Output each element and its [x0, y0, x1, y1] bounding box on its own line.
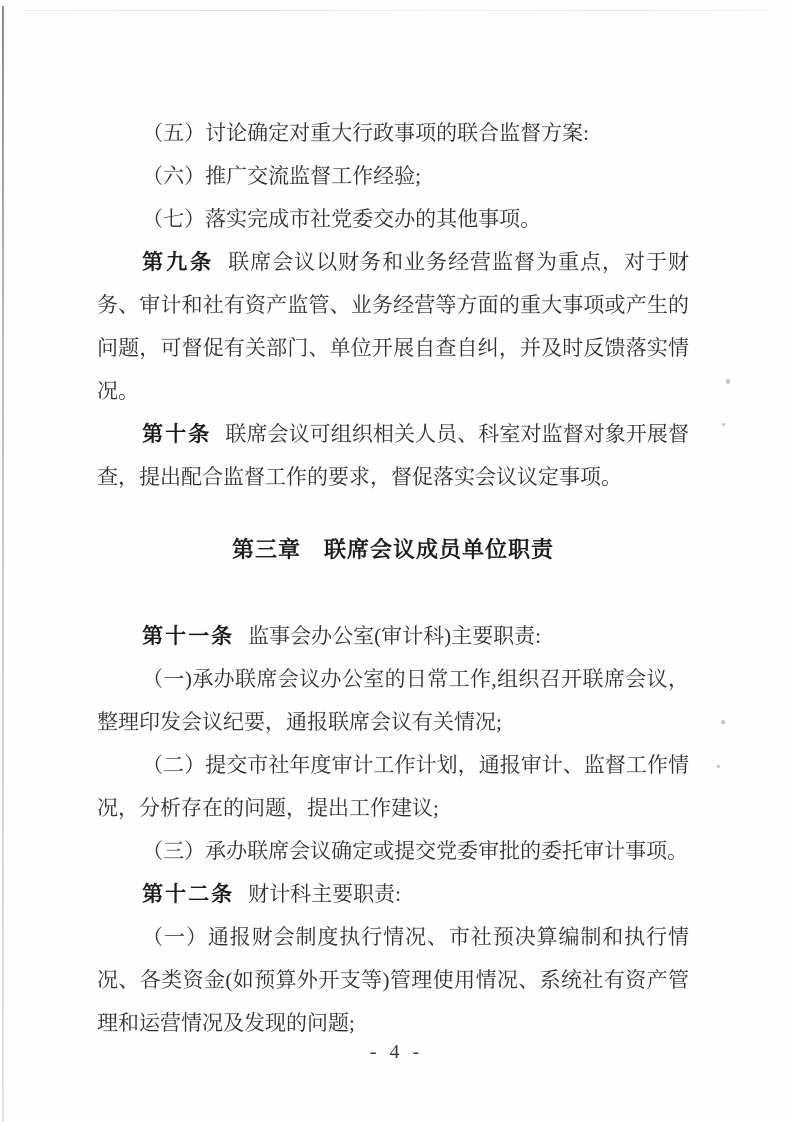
article-12-text: 财计科主要职责:: [248, 882, 401, 906]
document-page: （五）讨论确定对重大行政事项的联合监督方案: （六）推广交流监督工作经验; （七…: [97, 112, 689, 1045]
article-9-lead: 第九条: [142, 251, 214, 274]
list-item-1a: （一)承办联席会议办公室的日常工作,组织召开联席会议，整理印发会议纪要，通报联席…: [97, 658, 689, 744]
scan-speck: [721, 720, 725, 724]
list-item-2a: （二）提交市社年度审计工作计划，通报审计、监督工作情况，分析存在的问题，提出工作…: [97, 744, 689, 830]
list-item-1b: （一）通报财会制度执行情况、市社预决算编制和执行情况、各类资金(如预算外开支等)…: [97, 916, 689, 1045]
list-item-7: （七）落实完成市社党委交办的其他事项。: [97, 198, 689, 241]
article-11-lead: 第十一条: [142, 625, 234, 648]
article-12: 第十二条财计科主要职责:: [97, 873, 689, 916]
page-number: - 4 -: [0, 1038, 793, 1066]
chapter-3-heading: 第三章 联席会议成员单位职责: [97, 528, 689, 571]
article-9: 第九条联席会议以财务和业务经营监督为重点，对于财务、审计和社有资产监管、业务经营…: [97, 241, 689, 413]
article-10-lead: 第十条: [142, 423, 211, 446]
list-item-5: （五）讨论确定对重大行政事项的联合监督方案:: [97, 112, 689, 155]
article-12-lead: 第十二条: [142, 883, 234, 906]
list-item-3a: （三）承办联席会议确定或提交党委审批的委托审计事项。: [97, 830, 689, 873]
article-11: 第十一条监事会办公室(审计科)主要职责:: [97, 615, 689, 658]
scan-speck: [717, 765, 720, 768]
list-item-6: （六）推广交流监督工作经验;: [97, 155, 689, 198]
article-10: 第十条联席会议可组织相关人员、科室对监督对象开展督查，提出配合监督工作的要求，督…: [97, 413, 689, 499]
scan-hairline: [24, 10, 769, 11]
scan-speck: [726, 379, 730, 384]
scan-speck: [722, 423, 725, 426]
article-11-text: 监事会办公室(审计科)主要职责:: [248, 624, 541, 648]
scan-edge-line: [2, 6, 4, 1122]
